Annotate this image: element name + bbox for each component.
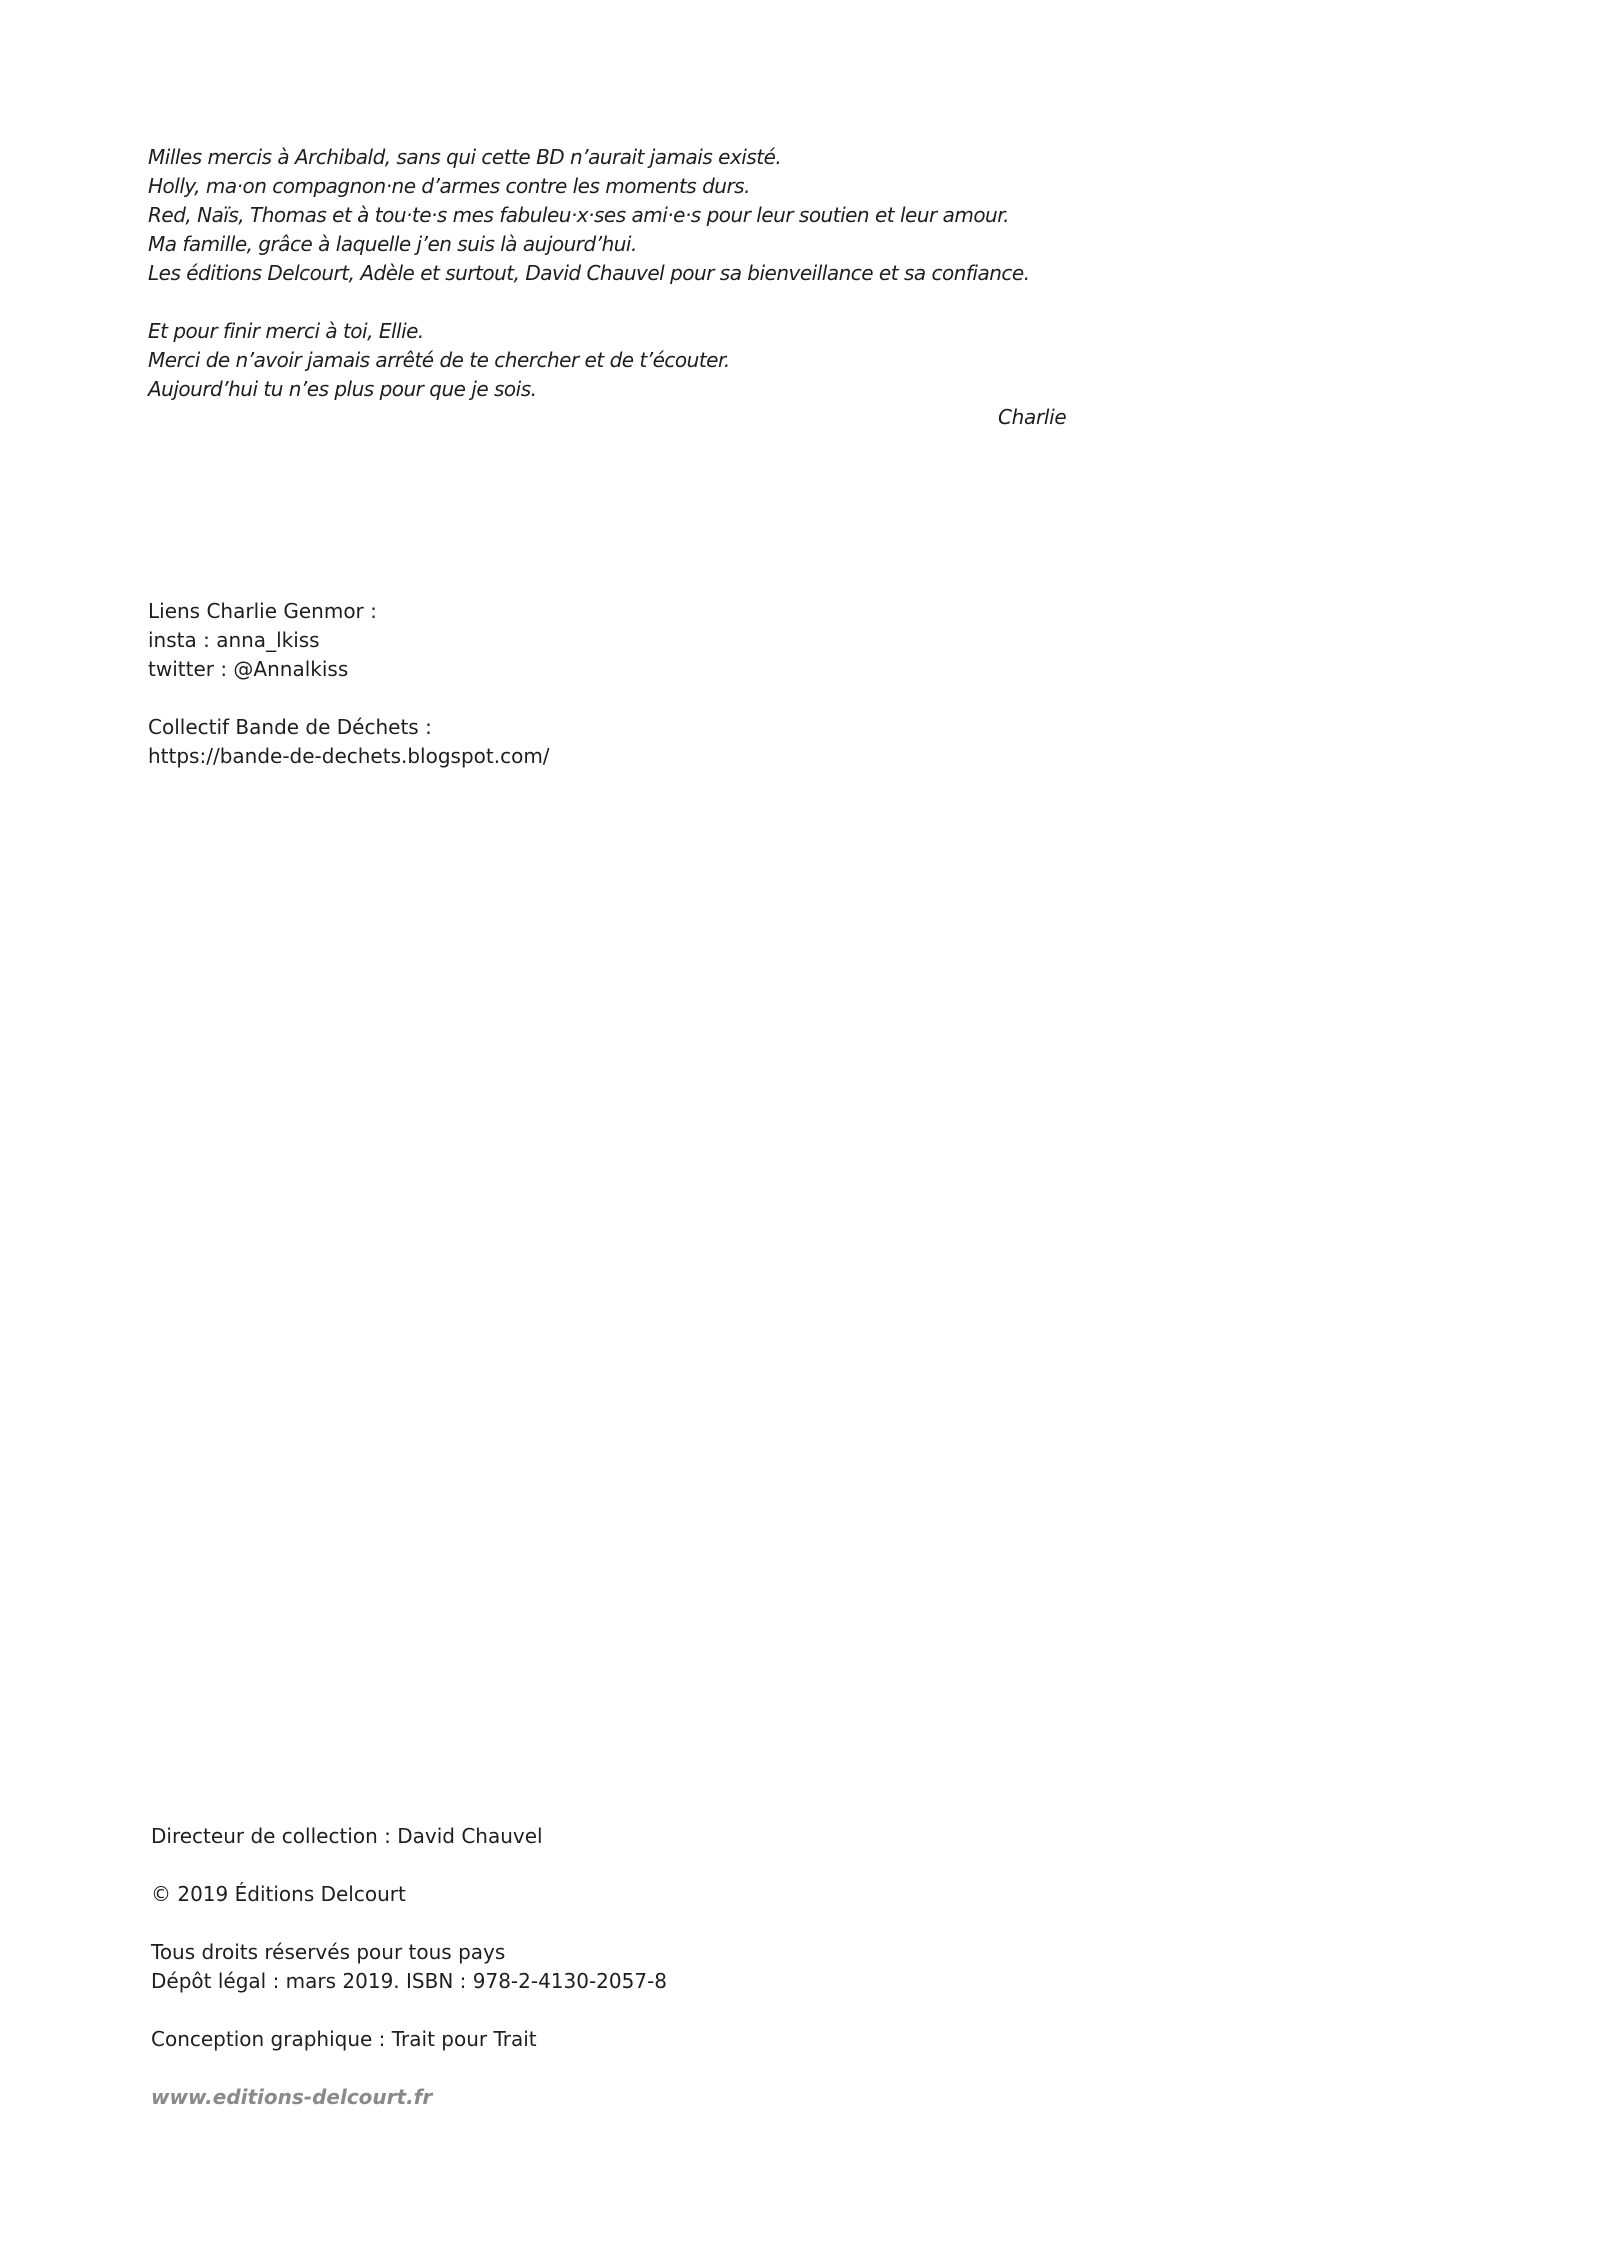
legal-deposit-isbn: Dépôt légal : mars 2019. ISBN : 978-2-41… xyxy=(151,1967,667,1996)
twitter-link: twitter : @Annalkiss xyxy=(148,655,550,684)
collective-url: https://bande-de-dechets.blogspot.com/ xyxy=(148,742,550,771)
paragraph-gap xyxy=(151,1909,667,1938)
collection-director: Directeur de collection : David Chauvel xyxy=(151,1822,667,1851)
thanks-line: Holly, ma·on compagnon·ne d’armes contre… xyxy=(148,172,1030,201)
paragraph-gap xyxy=(148,288,1030,317)
publication-credits: Directeur de collection : David Chauvel … xyxy=(151,1822,667,2112)
thanks-line: Red, Naïs, Thomas et à tou·te·s mes fabu… xyxy=(148,201,1030,230)
thanks-line: Merci de n’avoir jamais arrêté de te che… xyxy=(148,346,1030,375)
paragraph-gap xyxy=(151,1996,667,2025)
thanks-line: Ma famille, grâce à laquelle j’en suis l… xyxy=(148,230,1030,259)
rights-reserved: Tous droits réservés pour tous pays xyxy=(151,1938,667,1967)
copyright: © 2019 Éditions Delcourt xyxy=(151,1880,667,1909)
links-heading: Liens Charlie Genmor : xyxy=(148,597,550,626)
insta-link: insta : anna_lkiss xyxy=(148,626,550,655)
thanks-line: Milles mercis à Archibald, sans qui cett… xyxy=(148,143,1030,172)
collective-heading: Collectif Bande de Déchets : xyxy=(148,713,550,742)
graphic-design: Conception graphique : Trait pour Trait xyxy=(151,2025,667,2054)
author-links: Liens Charlie Genmor : insta : anna_lkis… xyxy=(148,597,550,771)
thanks-line: Les éditions Delcourt, Adèle et surtout,… xyxy=(148,259,1030,288)
paragraph-gap xyxy=(151,2054,667,2083)
paragraph-gap xyxy=(148,684,550,713)
publisher-website: www.editions-delcourt.fr xyxy=(151,2083,667,2112)
paragraph-gap xyxy=(151,1851,667,1880)
thanks-line: Et pour finir merci à toi, Ellie. xyxy=(148,317,1030,346)
acknowledgements: Milles mercis à Archibald, sans qui cett… xyxy=(148,143,1030,404)
signature: Charlie xyxy=(998,403,1066,432)
thanks-line: Aujourd’hui tu n’es plus pour que je soi… xyxy=(148,375,1030,404)
